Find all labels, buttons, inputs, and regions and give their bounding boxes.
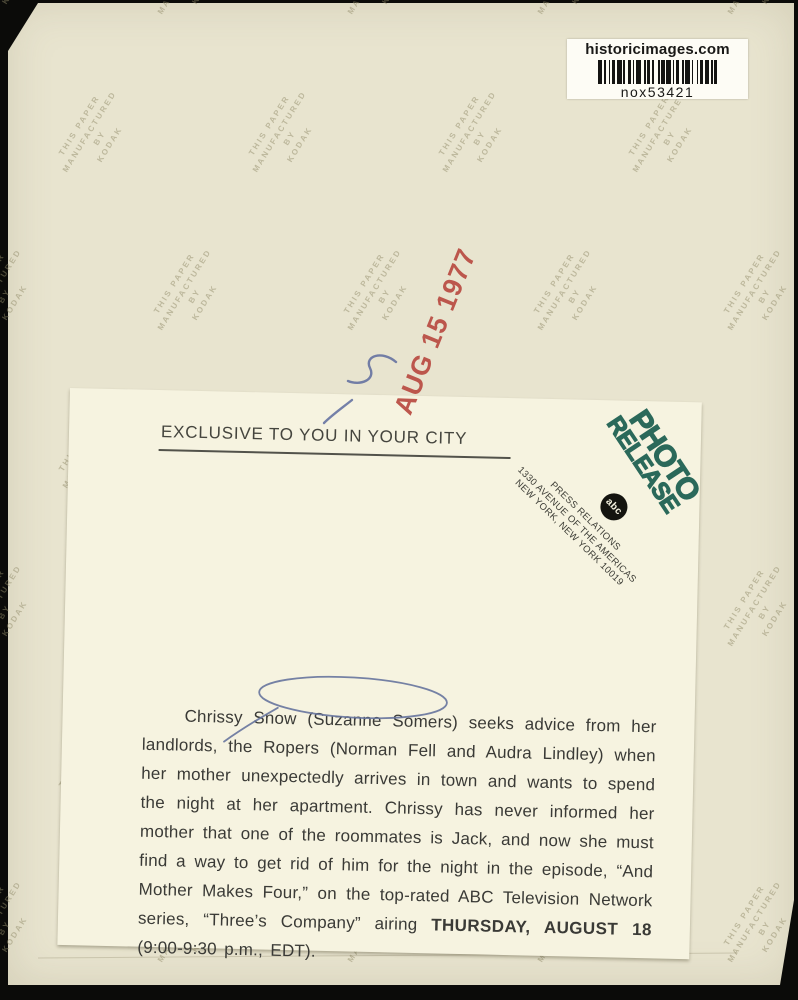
scan-corner-shadow-topleft <box>8 3 38 51</box>
barcode-icon <box>567 60 748 84</box>
pen-squiggle-mark <box>318 348 413 433</box>
sticker-site-text: historicimages.com <box>567 42 748 58</box>
kodak-watermark: THIS PAPERMANUFACTUREDBYKODAK <box>0 240 45 345</box>
kodak-watermark: THIS PAPERMANUFACTUREDBYKODAK <box>525 0 615 30</box>
kodak-watermark: THIS PAPERMANUFACTUREDBYKODAK <box>430 82 520 187</box>
press-release-body: Chrissy Snow (Suzanne Somers) seeks advi… <box>137 701 657 974</box>
barcode-sticker: historicimages.com nox53421 <box>567 39 748 99</box>
kodak-watermark: THIS PAPERMANUFACTUREDBYKODAK <box>145 240 235 345</box>
kodak-watermark: THIS PAPERMANUFACTUREDBYKODAK <box>240 82 330 187</box>
kodak-watermark: THIS PAPERMANUFACTUREDBYKODAK <box>0 556 45 661</box>
body-segment: Chrissy Snow (Suzanne Somers) seeks advi… <box>138 707 657 935</box>
kodak-watermark: THIS PAPERMANUFACTUREDBYKODAK <box>715 556 798 661</box>
airdate-bold-text: THURSDAY, AUGUST 18 <box>431 915 652 939</box>
kodak-watermark: THIS PAPERMANUFACTUREDBYKODAK <box>715 240 798 345</box>
kodak-watermark: THIS PAPERMANUFACTUREDBYKODAK <box>335 240 425 345</box>
kodak-watermark: THIS PAPERMANUFACTUREDBYKODAK <box>335 0 425 30</box>
sticker-code-text: nox53421 <box>567 85 748 99</box>
kodak-watermark: THIS PAPERMANUFACTUREDBYKODAK <box>50 82 140 187</box>
abc-network-logo: abc <box>600 493 628 521</box>
kodak-watermark: THIS PAPERMANUFACTUREDBYKODAK <box>0 872 45 977</box>
body-segment: (9:00-9:30 p.m., EDT). <box>137 938 316 961</box>
photo-back-scan: THIS PAPERMANUFACTUREDBYKODAKTHIS PAPERM… <box>0 0 798 1000</box>
scan-corner-shadow-bottomright <box>780 900 794 985</box>
kodak-watermark: THIS PAPERMANUFACTUREDBYKODAK <box>145 0 235 30</box>
kodak-watermark: THIS PAPERMANUFACTUREDBYKODAK <box>525 240 615 345</box>
kodak-watermark: THIS PAPERMANUFACTUREDBYKODAK <box>715 0 798 30</box>
press-release-label: EXCLUSIVE TO YOU IN YOUR CITY PHOTO RELE… <box>57 388 701 959</box>
